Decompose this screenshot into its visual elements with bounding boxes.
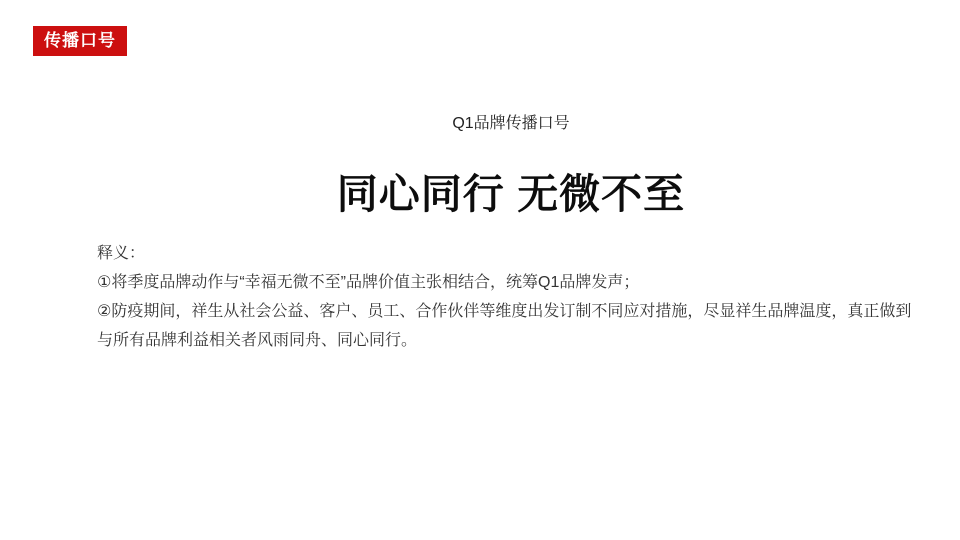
explanation-point-2-line-2: 与所有品牌利益相关者风雨同舟、同心同行。 <box>97 326 927 355</box>
section-badge: 传播口号 <box>33 26 127 56</box>
slogan-headline: 同心同行 无微不至 <box>0 168 960 220</box>
slide-subtitle: Q1品牌传播口号 <box>0 114 960 134</box>
explanation-point-2-line-1: ②防疫期间，祥生从社会公益、客户、员工、合作伙伴等维度出发订制不同应对措施，尽显… <box>97 297 927 326</box>
explanation-block: 释义： ①将季度品牌动作与“幸福无微不至”品牌价值主张相结合，统筹Q1品牌发声；… <box>97 239 927 355</box>
explanation-label: 释义： <box>97 239 927 268</box>
slide: 传播口号 Q1品牌传播口号 同心同行 无微不至 释义： ①将季度品牌动作与“幸福… <box>0 0 960 540</box>
explanation-point-1: ①将季度品牌动作与“幸福无微不至”品牌价值主张相结合，统筹Q1品牌发声； <box>97 268 927 297</box>
